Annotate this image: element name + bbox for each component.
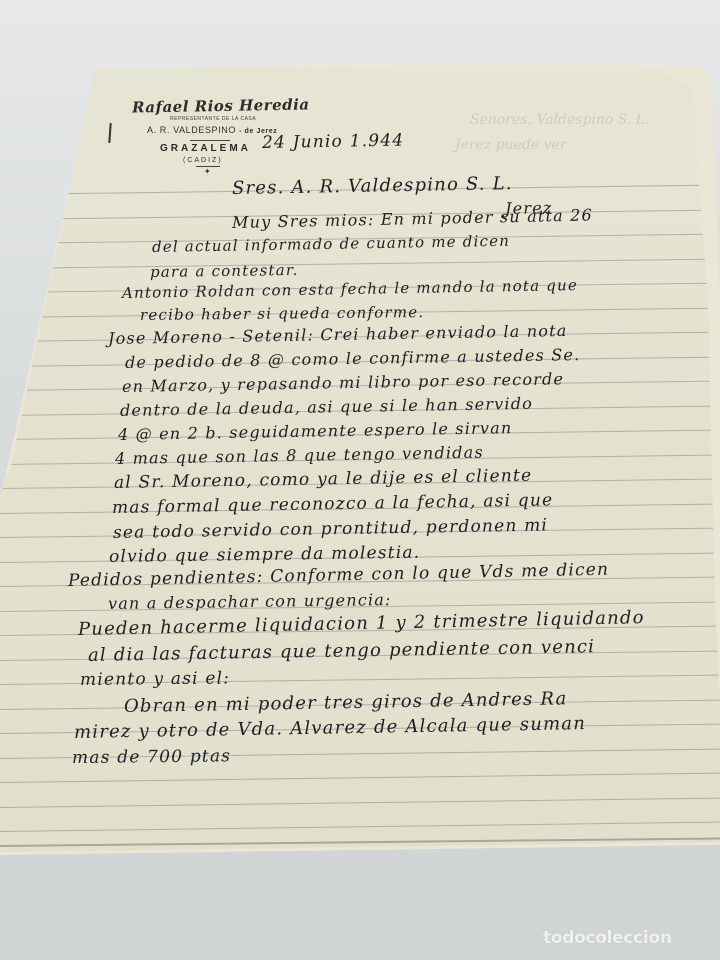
letter-line: para a contestar.: [150, 261, 299, 281]
letterhead-name: Rafael Rios Heredia: [132, 95, 310, 116]
letter-line: miento y asi el:: [80, 669, 230, 691]
letterhead-divider: [190, 140, 230, 141]
watermark: todocoleccion: [543, 928, 672, 948]
letterhead-house-name: A. R. VALDESPINO: [147, 125, 236, 135]
letter-photo: Senores. Valdespino S. L. Jerez puede ve…: [0, 0, 720, 960]
letter-line: mas de 700 ptas: [72, 747, 231, 769]
letter-line: recibo haber si queda conforme.: [140, 303, 424, 324]
letterhead-ornament-icon: ✦: [204, 167, 211, 176]
rule-line: [0, 797, 720, 807]
letterhead-house: A. R. VALDESPINO - de Jerez: [147, 125, 277, 135]
letterhead-province: (CADIZ): [183, 157, 223, 164]
ghost-text-1: Senores. Valdespino S. L.: [470, 112, 650, 128]
rule-line: [0, 773, 720, 783]
ghost-text-2: Jerez puede ver: [455, 137, 567, 153]
letterhead-representative: REPRESENTANTE DE LA CASA: [170, 116, 256, 122]
rule-line: [0, 822, 720, 832]
rule-line: [0, 258, 720, 268]
letter-date: 24 Junio 1.944: [262, 131, 405, 153]
letterhead-town: GRAZALEMA: [160, 143, 251, 154]
